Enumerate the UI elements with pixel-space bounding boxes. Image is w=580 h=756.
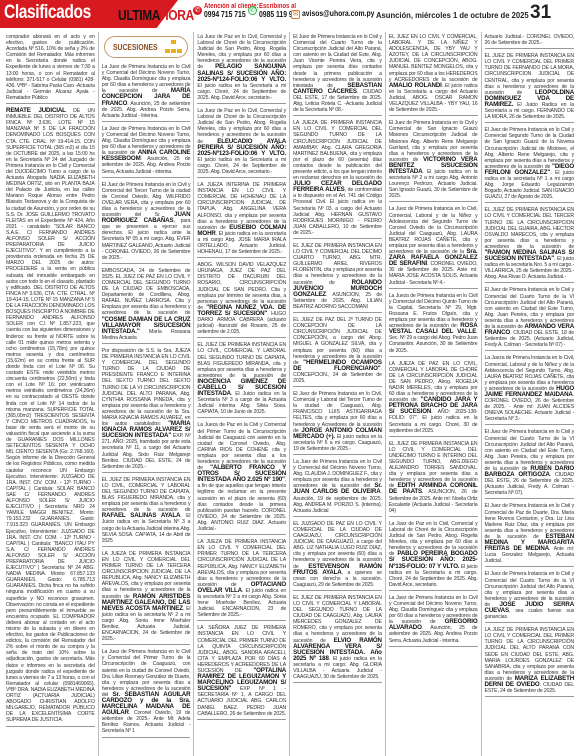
- notice-text: EXP. Nº 271. AÑO: 2025, tramitado por an…: [102, 433, 191, 469]
- notice-divider: [293, 453, 382, 455]
- notice-divider: [485, 497, 575, 499]
- notice-text: , a fin de que aquellos que tengan inter…: [197, 477, 286, 532]
- legal-notice: El Juez de Primera Instancia en lo Civil…: [102, 180, 191, 262]
- legal-notice: La Juez de Primera Instancia en lo Civil…: [389, 593, 478, 645]
- notice-text: EL JUEZ DE PRIMERA INSTANCIA EN LO CIVIL…: [102, 477, 191, 513]
- notice-divider: [389, 114, 478, 116]
- legal-notice: EL JUEZ DE PAZ DEL 2º TURNO DE CONCEPCIO…: [293, 315, 382, 385]
- notice-divider: [485, 281, 575, 283]
- notice-divider: [293, 681, 382, 683]
- notice-divider: [197, 718, 286, 720]
- legal-notice: REMATE JUDICIAL DE UN INMUEBLE DEL DISTR…: [6, 106, 95, 724]
- notice-divider: [293, 114, 382, 116]
- column-3: La Juez de Paz en lo Civil, Comercial y …: [194, 32, 290, 756]
- legal-notice: Por disposición de S.S. la Sra. JUEZA DE…: [102, 346, 191, 471]
- notice-divider: [197, 102, 286, 104]
- legal-notice: LA JUEZA INTERINA DE PRIMERA INSTANCIA E…: [197, 180, 286, 256]
- notice-divider: [389, 200, 478, 202]
- newspaper-logo: ULTIMAHORA: [118, 7, 194, 24]
- legal-notice: El Juez de Primera Instancia en lo Civil…: [293, 32, 382, 114]
- legal-notice: ABOG. WILSON DAVID VELAZQUEZ URUNAGA, JU…: [197, 260, 286, 336]
- notice-text: , para que se presenten a ejercer sus de…: [102, 218, 191, 261]
- column-1: comprador abonará en el acto y en efecti…: [3, 32, 99, 756]
- notice-name: RAFAEL SALINAS AYALA: [102, 512, 181, 519]
- legal-notice: La Jueza de Paz en la Civil y Comercial …: [197, 420, 286, 533]
- notice-divider: [485, 423, 575, 425]
- notice-divider: [485, 201, 575, 203]
- notice-divider: [197, 336, 286, 338]
- legal-notice: La Juez de Primera Instancia en lo Civil…: [102, 647, 191, 735]
- notice-text: . El juicio radica en la secretaría Nº 2…: [102, 606, 191, 642]
- notice-divider: [102, 643, 191, 645]
- legal-notice: La Juez de Paz en lo Civil, Comercial y …: [389, 519, 478, 589]
- legal-notice: El Juez de Primera Instancia en lo Civil…: [293, 389, 382, 453]
- legal-notice: LA JUEZ DE PRIMERA INSTANCIA EN LO CIVIL…: [485, 625, 575, 695]
- column-6: Actuario Judicial.- CORONEL OVIEDO, 26 d…: [482, 32, 578, 756]
- notice-divider: [485, 565, 575, 567]
- legal-notice: El Juez de Primera Instancia en lo Civil…: [485, 125, 575, 201]
- column-4: El Juez de Primera Instancia en lo Civil…: [290, 32, 386, 756]
- notice-divider: [102, 342, 191, 344]
- section-header-sucesiones: SUCESIONES: [104, 36, 189, 58]
- notice-divider: [6, 725, 95, 727]
- notice-text: EL JUEZ EN LO CIVIL Y COMERCIAL, LABORAL…: [389, 34, 478, 83]
- legal-notice: La Juez de Primera Instancia en lo Civil…: [102, 124, 191, 176]
- notice-divider: [102, 736, 191, 738]
- legal-notice: comprador abonará en el acto y en efecti…: [6, 32, 95, 102]
- notice-divider: [293, 385, 382, 387]
- notice-divider: [485, 47, 575, 49]
- legal-notice: El Juez de Primera Instancia en lo Civil…: [485, 501, 575, 565]
- notice-divider: [102, 545, 191, 547]
- notice-divider: [102, 176, 191, 178]
- notice-text: El juicio radica en la Secretaría a mi c…: [197, 83, 286, 101]
- legal-notice: EMBOSCADA, 24 de Setiembre de 2025. EL J…: [102, 266, 191, 342]
- notice-divider: [293, 589, 382, 591]
- notice-divider: [197, 533, 286, 535]
- legal-notice: La Juez de Primera Instancia en lo Civil…: [293, 457, 382, 515]
- notice-divider: [197, 619, 286, 621]
- section-heading: SUCESIONES: [113, 43, 158, 52]
- legal-notice: EL JUEZ DE PRIMERA INSTANCIA EN LO CIVIL…: [485, 51, 575, 121]
- notice-text: EMBOSCADA, 24 de Setiembre de 2025. EL J…: [102, 268, 191, 317]
- legal-notice: LA JUEZA DE PRIMERA INSTANCIA EN LO CIVI…: [293, 118, 382, 237]
- legal-notice: EL JUEZ DE PRIMERA INSTANCIA EN LO CIVIL…: [197, 340, 286, 416]
- notice-text: Por disposición de S.S. la Sra. JUEZA DE…: [102, 348, 191, 427]
- legal-notice: EL JUEZ DE PRIMERA INSTANCIA EN LO CIVIL…: [389, 439, 478, 515]
- notice-name: "ALBERTO FRANCO Y OTROS S/ SUCESIÓN INTE…: [197, 464, 286, 483]
- legal-notice: La Juez de Paz en lo Civil, Comercial y …: [197, 106, 286, 176]
- legal-notice: La Juez de Primera Instancia en lo Civil…: [389, 204, 478, 286]
- notice-divider: [197, 256, 286, 258]
- notice-text: EL JUEZ DE PRIMERA INSTANCIA EN LO CIVIL…: [197, 342, 286, 378]
- notice-divider: [389, 589, 478, 591]
- notice-divider: [197, 416, 286, 418]
- legal-notice: LA JUEZA DE PRIMERA INSTANCIA EN LO CIVI…: [102, 549, 191, 643]
- legal-notice: EL JUEZ DE PRIMERA INSTANCIA EN LO CIVIL…: [293, 593, 382, 681]
- notice-text: EL JUEZ DE PRIMERA INSTANCIA EN LO CIVIL…: [485, 207, 575, 250]
- notice-text: DE UN INMUEBLE DEL DISTRITO DE ALTOS FIN…: [6, 108, 95, 723]
- notice-text: LA JUEZ DE PRIMERA INSTANCIA EN LO CIVIL…: [485, 627, 575, 682]
- legal-notice: EL JUEZ DE PRIMERA INSTANCIA EN LO CIVIL…: [485, 205, 575, 281]
- notice-name: REMATE JUDICIAL: [6, 107, 66, 114]
- notice-divider: [389, 515, 478, 517]
- notice-divider: [293, 237, 382, 239]
- notice-divider: [485, 349, 575, 351]
- notice-divider: [389, 355, 478, 357]
- notice-name: AMALIO ROLANDI: [389, 82, 442, 89]
- notice-text: La Juez de Primera Instancia en lo Civil…: [293, 459, 382, 489]
- notice-text: El juicio radica en la Secretaría a mi c…: [197, 157, 286, 175]
- classifieds-columns: comprador abonará en el acto y en efecti…: [3, 32, 577, 756]
- notice-name: "HERMELINDO OCAMPOS DE FLORENCIANO": [293, 359, 382, 372]
- dateline: Asunción, miércoles 1 de octubre de 2025: [376, 10, 529, 20]
- legal-notice: La Juez de Paz en lo Civil, Comercial y …: [197, 32, 286, 102]
- notice-text: LA JUEZA DE PRIMERA INSTANCIA EN LO CIVI…: [293, 120, 382, 181]
- notice-text: comprador abonará en el acto y en efecti…: [6, 34, 95, 101]
- legal-notice: LA SEÑORA JUEZ DE PRIMERA INSTANCIA EN L…: [197, 623, 286, 717]
- notice-divider: [485, 621, 575, 623]
- whatsapp-icon: ✆: [248, 6, 257, 15]
- notice-divider: [389, 287, 478, 289]
- legal-notice: La Jueza de Primera Instancia en lo Civi…: [389, 291, 478, 355]
- legal-notice: El Juez de Primera Instancia en lo Civil…: [485, 285, 575, 349]
- notice-divider: [6, 102, 95, 104]
- notice-divider: [102, 262, 191, 264]
- legal-notice: LA JUEZA DE PRIMERA INSTANCIA EN LO CIVI…: [197, 537, 286, 619]
- column-2: SUCESIONES La Juez de Primera Instancia …: [99, 32, 195, 756]
- notice-divider: [102, 471, 191, 473]
- legal-notice: El Juez de Primera Instancia en lo Civil…: [485, 427, 575, 497]
- family-tree-icon: [165, 40, 179, 54]
- notice-divider: [485, 695, 575, 697]
- notice-text: Actuario Judicial.- CORONEL OVIEDO, 26 d…: [485, 34, 575, 46]
- phone-icon: ✆: [193, 6, 202, 15]
- notice-text: La Juez de Primera Instancia en lo Civil…: [389, 206, 478, 255]
- notice-divider: [485, 121, 575, 123]
- notice-divider: [197, 176, 286, 178]
- legal-notice: LA JUEZA DE PAZ EN LO CIVIL, COMERCIAL Y…: [389, 359, 478, 435]
- notice-divider: [389, 435, 478, 437]
- page-header: Clasificados ULTIMAHORA ✆ Atención al cl…: [0, 0, 580, 28]
- legal-notice: EL JUZGADO DE PAZ EN LO CIVIL Y COMERCIA…: [293, 519, 382, 589]
- legal-notice: El Juez de Primera Instancia en lo Civil…: [389, 118, 478, 200]
- notice-divider: [389, 645, 478, 647]
- contact-email: ✉ avisos@uhora.com.py: [291, 10, 387, 19]
- notice-text: El Juez de Primera Instancia en lo Civil…: [293, 34, 382, 89]
- legal-notice: EL JUEZ DE PRIMERA INSTANCIA EN LO CIVIL…: [293, 241, 382, 311]
- legal-notice: La Juez de Primera Instancia en lo Civil…: [102, 62, 191, 120]
- notice-divider: [102, 120, 191, 122]
- legal-notice: El Juez de Primera Instancia en lo Civil…: [485, 569, 575, 621]
- legal-notice: EL JUEZ EN LO CIVIL Y COMERCIAL, LABORAL…: [389, 32, 478, 114]
- legal-notice: EL JUEZ DE PRIMERA INSTANCIA EN LO CIVIL…: [102, 475, 191, 545]
- legal-notice: Actuario Judicial.- CORONEL OVIEDO, 26 d…: [485, 32, 575, 47]
- page-number: 31: [530, 2, 551, 24]
- legal-notice: La Jueza de Primera Instancia en lo Civi…: [485, 353, 575, 423]
- notice-divider: [293, 515, 382, 517]
- mail-icon: ✉: [291, 10, 300, 19]
- column-5: EL JUEZ EN LO CIVIL Y COMERCIAL, LABORAL…: [386, 32, 482, 756]
- notice-text: , de conformidad a lo dispuesto en el Ar…: [293, 187, 382, 236]
- notice-divider: [293, 311, 382, 313]
- section-title: Clasificados: [4, 2, 91, 24]
